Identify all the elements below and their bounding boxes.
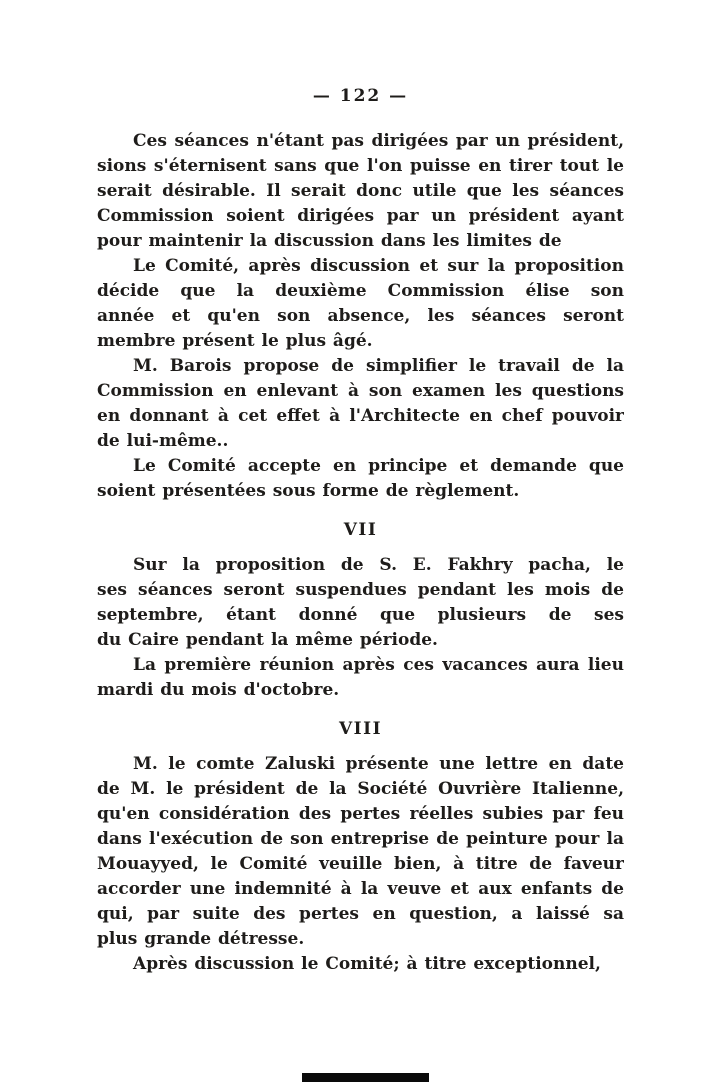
- text-line: du Caire pendant la même période.: [97, 628, 624, 653]
- paragraph: M. Barois propose de simplifier le trava…: [97, 354, 624, 454]
- text-line: Ces séances n'étant pas dirigées par un …: [97, 129, 624, 154]
- text-line: accorder une indemnité à la veuve et aux…: [97, 877, 624, 902]
- section-heading: VIII: [97, 717, 624, 742]
- text-line: Le Comité, après discussion et sur la pr…: [97, 254, 624, 279]
- page-number: — 122 —: [97, 84, 624, 109]
- text-line: La première réunion après ces vacances a…: [97, 653, 624, 678]
- text-line: mardi du mois d'octobre.: [97, 678, 624, 703]
- paragraph: La première réunion après ces vacances a…: [97, 653, 624, 703]
- text-block: — 122 — Ces séances n'étant pas dirigées…: [97, 84, 624, 977]
- text-line: qui, par suite des pertes en question, a…: [97, 902, 624, 927]
- paragraph: Le Comité, après discussion et sur la pr…: [97, 254, 624, 354]
- text-line: pour maintenir la discussion dans les li…: [97, 229, 624, 254]
- text-line: Après discussion le Comité; à titre exce…: [97, 952, 624, 977]
- text-line: Commission soient dirigées par un présid…: [97, 204, 624, 229]
- text-line: septembre, étant donné que plusieurs de …: [97, 603, 624, 628]
- text-line: de M. le président de la Société Ouvrièr…: [97, 777, 624, 802]
- text-line: M. Barois propose de simplifier le trava…: [97, 354, 624, 379]
- text-line: serait désirable. Il serait donc utile q…: [97, 179, 624, 204]
- text-line: ses séances seront suspendues pendant le…: [97, 578, 624, 603]
- text-line: sions s'éternisent sans que l'on puisse …: [97, 154, 624, 179]
- text-line: plus grande détresse.: [97, 927, 624, 952]
- text-line: Mouayyed, le Comité veuille bien, à titr…: [97, 852, 624, 877]
- page-body: Ces séances n'étant pas dirigées par un …: [97, 129, 624, 977]
- paragraph: M. le comte Zaluski présente une lettre …: [97, 752, 624, 952]
- text-line: M. le comte Zaluski présente une lettre …: [97, 752, 624, 777]
- paragraph: Le Comité accepte en principe et demande…: [97, 454, 624, 504]
- text-line: Sur la proposition de S. E. Fakhry pacha…: [97, 553, 624, 578]
- text-line: qu'en considération des pertes réelles s…: [97, 802, 624, 827]
- paragraph: Ces séances n'étant pas dirigées par un …: [97, 129, 624, 254]
- paragraph: Sur la proposition de S. E. Fakhry pacha…: [97, 553, 624, 653]
- text-line: de lui-même..: [97, 429, 624, 454]
- text-line: membre présent le plus âgé.: [97, 329, 624, 354]
- text-line: soient présentées sous forme de règlemen…: [97, 479, 624, 504]
- text-line: en donnant à cet effet à l'Architecte en…: [97, 404, 624, 429]
- section-heading: VII: [97, 518, 624, 543]
- scanned-document-page: — 122 — Ces séances n'étant pas dirigées…: [0, 0, 720, 1082]
- paragraph: Après discussion le Comité; à titre exce…: [97, 952, 624, 977]
- text-line: Le Comité accepte en principe et demande…: [97, 454, 624, 479]
- text-line: dans l'exécution de son entreprise de pe…: [97, 827, 624, 852]
- text-line: Commission en enlevant à son examen les …: [97, 379, 624, 404]
- text-line: année et qu'en son absence, les séances …: [97, 304, 624, 329]
- scan-artifact-bar: [302, 1073, 429, 1082]
- text-line: décide que la deuxième Commission élise …: [97, 279, 624, 304]
